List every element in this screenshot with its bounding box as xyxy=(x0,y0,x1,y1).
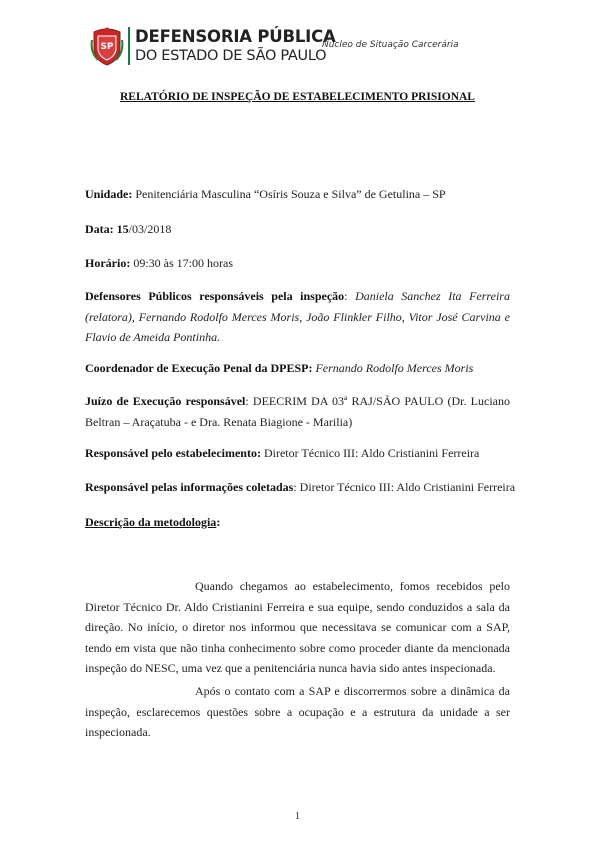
document-title: RELATÓRIO DE INSPEÇÃO DE ESTABELECIMENTO… xyxy=(0,91,595,103)
field-value: Diretor Técnico III: Aldo Cristianini Fe… xyxy=(300,480,515,494)
field-value: Fernando Rodolfo Merces Moris xyxy=(312,361,473,375)
field-responsavel-estabelecimento: Responsável pelo estabelecimento: Direto… xyxy=(85,446,510,461)
methodology-paragraph-1: Quando chegamos ao estabelecimento, fomo… xyxy=(85,576,510,679)
field-coordenador: Coordenador de Execução Penal da DPESP: … xyxy=(85,361,510,376)
field-value: Diretor Técnico III: Aldo Cristianini Fe… xyxy=(261,446,479,460)
methodology-heading-text: Descrição da metodologia xyxy=(85,515,216,529)
field-responsavel-informacoes: Responsável pelas informações coletadas:… xyxy=(85,480,510,495)
field-label: Defensores Públicos responsáveis pela in… xyxy=(85,289,344,303)
page-number: 1 xyxy=(0,811,595,822)
field-value: /03/2018 xyxy=(129,222,172,236)
field-defensores: Defensores Públicos responsáveis pela in… xyxy=(85,286,510,348)
field-value: Penitenciária Masculina “Osíris Souza e … xyxy=(132,187,445,201)
field-label: Coordenador de Execução Penal da DPESP: xyxy=(85,361,312,375)
svg-text:SP: SP xyxy=(100,42,113,52)
sao-paulo-state-crest-icon: SP xyxy=(90,26,124,66)
field-juizo: Juízo de Execução responsável: DEECRIM D… xyxy=(85,391,510,432)
field-label: Responsável pelas informações coletadas xyxy=(85,480,293,494)
organization-name: DEFENSORIA PÚBLICA DO ESTADO DE SÃO PAUL… xyxy=(135,29,336,63)
field-label: Data: xyxy=(85,222,117,236)
header-divider xyxy=(128,27,130,65)
field-separator: : xyxy=(344,289,355,303)
field-label: Responsável pelo estabelecimento: xyxy=(85,446,261,460)
org-name-line1: DEFENSORIA PÚBLICA xyxy=(135,29,336,46)
org-name-line2: DO ESTADO DE SÃO PAULO xyxy=(135,49,336,64)
unit-name: Núcleo de Situação Carcerária xyxy=(322,40,459,50)
field-label: Horário: xyxy=(85,256,130,270)
field-label: Unidade: xyxy=(85,187,132,201)
field-separator: : xyxy=(245,394,253,408)
field-horario: Horário: 09:30 às 17:00 horas xyxy=(85,256,510,271)
methodology-paragraph-2: Após o contato com a SAP e discorrermos … xyxy=(85,681,510,743)
field-label: Juízo de Execução responsável xyxy=(85,394,245,408)
heading-colon: : xyxy=(216,515,220,529)
page-header: SP DEFENSORIA PÚBLICA DO ESTADO DE SÃO P… xyxy=(90,24,336,68)
methodology-heading: Descrição da metodologia: xyxy=(85,515,510,530)
field-value-bold: 15 xyxy=(117,222,129,236)
field-data: Data: 15/03/2018 xyxy=(85,222,510,237)
field-value: 09:30 às 17:00 horas xyxy=(130,256,233,270)
field-unidade: Unidade: Penitenciária Masculina “Osíris… xyxy=(85,187,510,202)
